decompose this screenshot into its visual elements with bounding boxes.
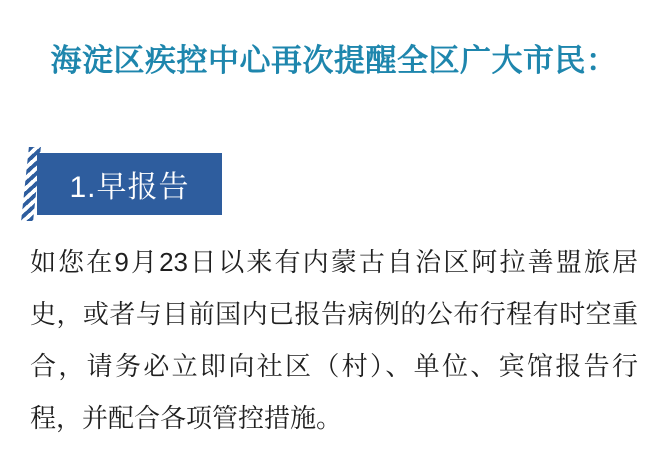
notice-line-1: 如您在9月23日以来有内蒙古自治区阿拉善盟旅居 xyxy=(30,236,638,288)
section-badge: 1.早报告 xyxy=(37,153,222,215)
notice-line-4: 程，并配合各项管控措施。 xyxy=(30,392,638,444)
notice-page: 海淀区疾控中心再次提醒全区广大市民： 1.早报告 如您在9月23日以来有内蒙古自… xyxy=(0,0,668,473)
section-badge-label: 1.早报告 xyxy=(69,162,189,206)
notice-line-3: 合，请务必立即向社区（村）、单位、宾馆报告行 xyxy=(30,340,638,392)
notice-line-2: 史，或者与目前国内已报告病例的公布行程有时空重 xyxy=(30,288,638,340)
page-title: 海淀区疾控中心再次提醒全区广大市民： xyxy=(0,41,668,81)
notice-paragraph: 如您在9月23日以来有内蒙古自治区阿拉善盟旅居 史，或者与目前国内已报告病例的公… xyxy=(30,236,638,444)
